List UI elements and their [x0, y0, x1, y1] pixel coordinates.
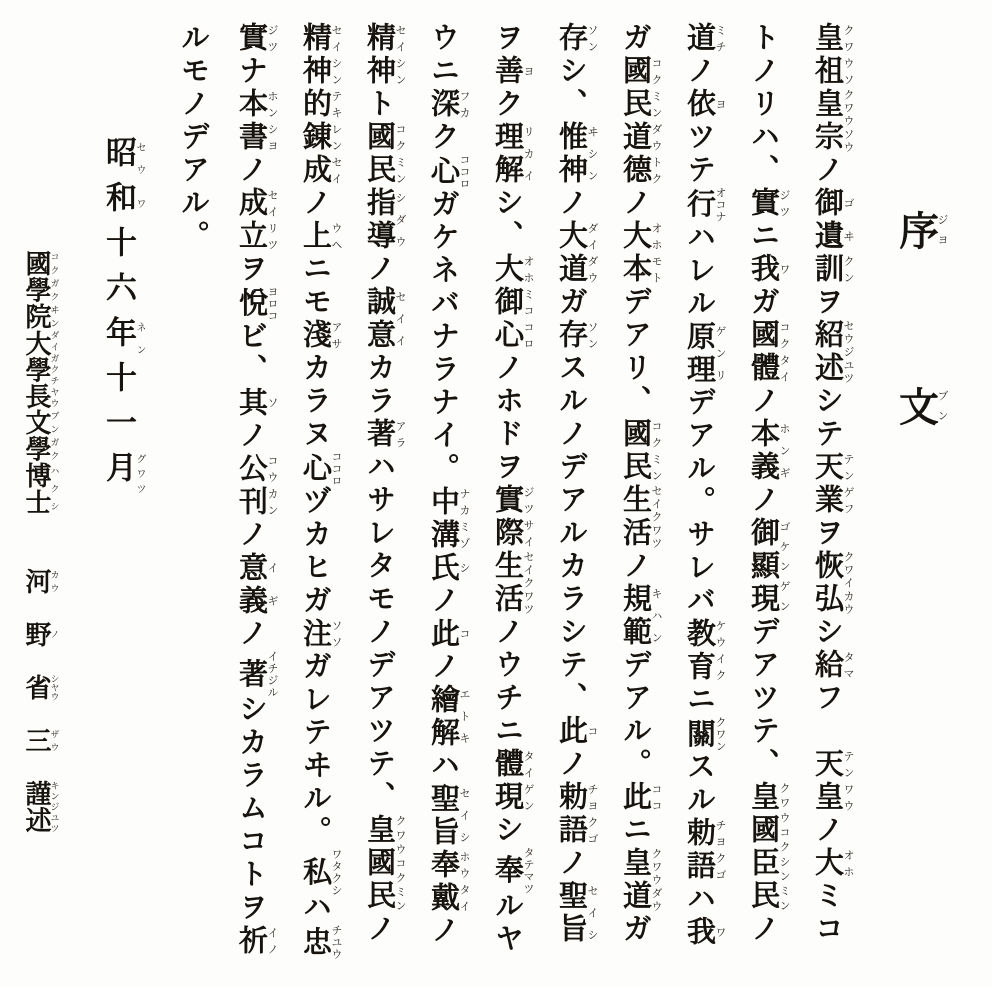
text-segment: 意義イギ [235, 552, 267, 618]
text-segment: ハサレタモノデアツテ、 [363, 451, 395, 814]
furigana: ワ [134, 181, 145, 226]
text-segment: 道ミチ [683, 22, 715, 55]
text-segment: 謹述キンジユツ [22, 780, 51, 833]
text-segment: ハ [299, 892, 331, 925]
text-segment: 三ザウ [22, 727, 51, 754]
text-segment: ガレテヰル。 [299, 651, 331, 849]
text-segment: 存ソン [555, 319, 587, 352]
furigana: ソン [586, 319, 598, 352]
text-segment: 存ソン [555, 22, 587, 55]
furigana: ネン [134, 316, 145, 361]
furigana: コクミン [650, 55, 662, 121]
furigana: ゴ [842, 187, 854, 220]
text-segment: 訓クン [811, 253, 843, 286]
furigana: オホ [842, 847, 854, 880]
text-segment: 野ノ [22, 621, 51, 648]
text-segment: 忠チユウ [299, 925, 331, 961]
furigana: リカイ [522, 121, 534, 187]
furigana: タイゲン [522, 748, 534, 814]
furigana: ウヘ [330, 220, 342, 253]
text-segment: 悅ヨロコ [235, 286, 267, 321]
furigana: ワ [714, 916, 726, 949]
text-segment: ノ [235, 420, 267, 453]
text-segment: 注ソソ [299, 618, 331, 651]
text-segment: 御ゴ [811, 187, 843, 220]
text-segment: 私ワタクシ [299, 849, 331, 892]
text-segment: 紹述セウジユツ [811, 319, 843, 385]
text-segment: シ [491, 814, 523, 847]
text-segment: 著イチジル [235, 651, 267, 694]
furigana: ジツ [778, 187, 790, 220]
text-segment: ノ [555, 748, 587, 781]
furigana: グワツ [134, 451, 145, 496]
furigana: ダウトク [650, 121, 662, 187]
text-segment: 我ワ [683, 916, 715, 949]
text-segment: ノ [555, 847, 587, 880]
text-segment: 祈イノ [235, 925, 267, 958]
text-segment: 善ヨ [491, 55, 523, 88]
text-segment: ウニ [427, 22, 459, 88]
text-segment: 河カウ [22, 568, 51, 595]
page-title: 序ジヨ文ブン [888, 210, 949, 426]
text-segment: ノ [363, 913, 395, 946]
text-segment: 此ココ [619, 781, 651, 814]
text-segment: 天テン [811, 451, 843, 484]
text-segment: 氏シ [427, 552, 459, 585]
text-segment: デアル。 [619, 649, 651, 781]
furigana: ホンギ [778, 418, 790, 484]
furigana: テン [842, 451, 854, 484]
text-segment: シ、 [555, 55, 587, 121]
furigana: タテマツ [522, 847, 534, 895]
furigana: イノ [266, 925, 278, 958]
furigana: キンジユツ [50, 780, 60, 833]
text-segment: 原理ゲンリ [683, 321, 715, 387]
text-column: 存ソンシ、惟神ヰシンノ大道ダイダウガ存ソンスルノデアルカラシテ、此コノ勅語チヨク… [556, 22, 598, 972]
furigana: クワイカウ [842, 550, 854, 616]
text-segment: デアル。 [683, 387, 715, 519]
text-segment: ノ [299, 187, 331, 220]
text-segment: 道德ダウトク [619, 121, 651, 187]
text-segment: シカラムコトヲ [235, 694, 267, 925]
signature-line: 國學院コクガクヰン大學長ダイガクチヤウ文學ブンガク博士ハクシ 河カウ 野ノ 省シ… [18, 250, 60, 980]
text-segment: フ [811, 682, 843, 715]
text-segment: ニ [619, 814, 651, 847]
furigana: ハクシ [50, 462, 60, 515]
text-segment: ノ [811, 154, 843, 187]
text-segment: ハ [427, 750, 459, 783]
text-segment: ノ [683, 55, 715, 88]
furigana: ココロ [330, 451, 342, 487]
text-segment: 皇道クワウダウ [619, 847, 651, 913]
text-segment: 惟神ヰシン [555, 121, 587, 187]
text-segment: サレバ [683, 519, 715, 618]
furigana: テキ [330, 88, 342, 121]
text-segment: ノ [235, 618, 267, 651]
furigana: ナカミゾ [458, 486, 470, 552]
text-segment: シ [811, 616, 843, 649]
text-segment: 省シヤウ [22, 674, 51, 701]
furigana: ホウタイ [458, 849, 470, 915]
text-segment: ノ [427, 585, 459, 618]
furigana: ソン [586, 22, 598, 55]
text-segment: ガ [747, 286, 779, 319]
text-segment: ノ [555, 187, 587, 220]
text-segment: ノ [811, 814, 843, 847]
text-segment: ノ [747, 484, 779, 517]
text-segment: ニ [747, 220, 779, 253]
text-segment: 國民コクミン [619, 55, 651, 121]
furigana: キハン [650, 583, 662, 649]
furigana: セイクワツ [522, 550, 534, 616]
text-segment: 勅語チヨクゴ [555, 781, 587, 847]
text-segment: 精神セイシン [363, 22, 395, 88]
text-segment [22, 515, 51, 568]
text-segment: ヲ [811, 517, 843, 550]
text-segment: ヲ [491, 22, 523, 55]
text-segment: 淺アサ [299, 319, 331, 352]
furigana: ジツサイ [522, 484, 534, 550]
text-segment: ガ [555, 286, 587, 319]
text-segment: ク [427, 121, 459, 154]
text-segment: ヲ [235, 253, 267, 286]
furigana: クワウソウ [842, 88, 854, 154]
furigana: レンセイ [330, 121, 342, 187]
furigana: ソ [266, 387, 278, 420]
text-segment: 大道ダイダウ [555, 220, 587, 286]
furigana: フカ [458, 88, 470, 121]
text-segment: 理解リカイ [491, 121, 523, 187]
text-segment: 教育ケウイク [683, 618, 715, 684]
furigana: オコナ [714, 187, 726, 223]
date-line: 昭セウ和ワ十六年ネン十一月グワツ [96, 136, 145, 556]
text-segment: 生活セイクワツ [491, 550, 523, 616]
text-segment: 業ゲフ [811, 484, 843, 517]
text-segment: 博士ハクシ [22, 462, 51, 515]
text-segment: 奉戴ホウタイ [427, 849, 459, 915]
furigana: セイクワツ [650, 484, 662, 550]
body-text: 皇祖クワウソ皇宗クワウソウノ御ゴ遺ヰ訓クンヲ紹述セウジユツシテ天テン業ゲフヲ恢弘… [150, 22, 854, 972]
furigana: ジヨ [936, 210, 948, 250]
text-segment: 勅語チヨクゴ [683, 817, 715, 883]
text-segment: 實際ジツサイ [491, 484, 523, 550]
furigana: クワン [714, 717, 726, 753]
text-segment: デアツテ、 [747, 616, 779, 781]
text-segment: ノ [747, 913, 779, 946]
text-segment: 中溝ナカミゾ [427, 486, 459, 552]
text-segment: 大學長ダイガクチヤウ [22, 330, 51, 410]
text-segment: 大御心オホミココロ [491, 253, 523, 352]
text-segment: 我ワ [747, 253, 779, 286]
furigana: セイリツ [266, 187, 278, 253]
text-segment: シテ [811, 385, 843, 451]
text-segment: ノ [619, 187, 651, 220]
text-segment: 大オホ [811, 847, 843, 880]
text-segment: デアリ、 [619, 286, 651, 418]
text-column: 精神セイシン的テキ錬成レンセイノ上ウヘニモ淺アサカラヌ心ココロヅカヒガ注ソソガレ… [300, 22, 342, 972]
text-segment: ナ [235, 55, 267, 88]
text-segment: 此コ [555, 715, 587, 748]
text-segment: ハレル [683, 222, 715, 321]
text-segment: 國體コクタイ [747, 319, 779, 385]
text-segment: 精神セイシン [299, 22, 331, 88]
text-segment: トノリハ、 [747, 22, 779, 187]
furigana: チヨクゴ [586, 781, 598, 847]
text-segment: ガケネバナラナイ。 [427, 189, 459, 486]
text-segment: ノ [427, 651, 459, 684]
furigana: クン [842, 253, 854, 286]
text-segment: ク [491, 88, 523, 121]
text-segment: 公刊コウカン [235, 453, 267, 519]
furigana: エトキ [458, 684, 470, 750]
text-segment: ノ [747, 385, 779, 418]
furigana: セイイ [394, 286, 406, 352]
furigana: セイシ [586, 880, 598, 946]
text-column: ウニ深フカク心ココロガケネバナラナイ。中溝ナカミゾ氏シノ此コノ繪解エトキハ聖旨セ… [428, 22, 470, 972]
furigana: アサ [330, 319, 342, 352]
furigana: セイシン [394, 22, 406, 88]
furigana: ノ [50, 621, 60, 648]
furigana: ダイガクチヤウ [50, 330, 60, 410]
text-segment: 實ジツ [235, 22, 267, 55]
text-segment: 御顯現ゴケンゲン [747, 517, 779, 616]
text-segment: 體現タイゲン [491, 748, 523, 814]
text-segment: 規範キハン [619, 583, 651, 649]
text-segment: 本義ホンギ [747, 418, 779, 484]
furigana: テンワウ [842, 748, 854, 814]
furigana: ダイダウ [586, 220, 598, 286]
scanned-preface-page: 序ジヨ文ブン 皇祖クワウソ皇宗クワウソウノ御ゴ遺ヰ訓クンヲ紹述セウジユツシテ天テ… [0, 0, 992, 986]
text-segment: 序ジヨ [894, 210, 939, 250]
furigana: オホミココロ [522, 253, 534, 352]
text-segment: 十一 [101, 361, 136, 451]
furigana: シ [458, 552, 470, 585]
furigana: ゴケンゲン [778, 517, 790, 616]
furigana: ヨ [714, 88, 726, 121]
text-segment: 給タマ [811, 649, 843, 682]
furigana: シダウ [394, 187, 406, 253]
text-segment [811, 715, 843, 748]
text-segment: ミコ [811, 880, 843, 946]
text-segment: 國民コクミン [619, 418, 651, 484]
furigana: セウジユツ [842, 319, 854, 385]
text-segment: ノ [363, 253, 395, 286]
text-column: 精神セイシント國民コクミン指導シダウノ誠意セイイカラ著アラハサレタモノデアツテ、… [364, 22, 406, 972]
text-segment: 皇宗クワウソウ [811, 88, 843, 154]
text-segment: 的テキ [299, 88, 331, 121]
furigana: オホモト [650, 220, 662, 286]
text-segment: 十六 [101, 226, 136, 316]
text-segment: ノホドヲ [491, 352, 523, 484]
text-segment: ハ [683, 883, 715, 916]
furigana: シヤウ [50, 674, 60, 701]
furigana: ワタクシ [330, 849, 342, 897]
text-segment: 年ネン [101, 316, 136, 361]
furigana: コウカン [266, 453, 278, 519]
text-segment: ビ、 [235, 321, 267, 387]
furigana: クワウソ [842, 22, 854, 88]
text-segment [22, 701, 51, 728]
furigana: セイシ [458, 783, 470, 849]
furigana: コクミン [650, 418, 662, 484]
text-column: ガ國民コクミン道德ダウトクノ大本オホモトデアリ、國民コクミン生活セイクワツノ規範… [620, 22, 662, 972]
furigana: コ [458, 618, 470, 651]
text-segment: 依ヨ [683, 88, 715, 121]
text-segment: シ、 [491, 187, 523, 253]
furigana: クワウコクミン [394, 814, 406, 913]
furigana: コクガクヰン [50, 250, 60, 330]
text-segment [22, 754, 51, 781]
text-segment: 大本オホモト [619, 220, 651, 286]
text-segment [22, 648, 51, 675]
text-segment: カラ [363, 352, 395, 418]
text-column: ヲ善ヨク理解リカイシ、大御心オホミココロノホドヲ實際ジツサイ生活セイクワツノウチ… [492, 22, 534, 972]
text-segment: 關クワン [683, 717, 715, 752]
text-segment: 昭セウ [101, 136, 136, 181]
furigana: コ [586, 715, 598, 748]
text-segment: 錬成レンセイ [299, 121, 331, 187]
text-segment: 文ブン [894, 386, 939, 426]
furigana: ワ [778, 253, 790, 286]
text-segment: 指導シダウ [363, 187, 395, 253]
text-segment: 天皇テンワウ [811, 748, 843, 814]
furigana: ゲンリ [714, 321, 726, 387]
text-segment: ガ [619, 22, 651, 55]
text-segment: 深フカ [427, 88, 459, 121]
furigana: ヨ [522, 55, 534, 88]
furigana: ブンガク [50, 409, 60, 462]
text-segment: 國學院コクガクヰン [22, 250, 51, 330]
text-segment: ヲ [811, 286, 843, 319]
furigana: ザウ [50, 727, 60, 754]
text-segment: 成立セイリツ [235, 187, 267, 253]
text-segment: 皇祖クワウソ [811, 22, 843, 88]
furigana: ソソ [330, 618, 342, 651]
text-segment: 皇國民クワウコクミン [363, 814, 395, 913]
text-segment: 聖旨セイシ [427, 783, 459, 849]
text-segment: 國民コクミン [363, 121, 395, 187]
text-segment: 心ココロ [427, 154, 459, 189]
furigana: クワウコクシンミン [778, 781, 790, 913]
text-segment: 文學ブンガク [22, 409, 51, 462]
text-segment: スルノデアルカラシテ、 [555, 352, 587, 715]
furigana: ヰシン [586, 121, 598, 187]
furigana: ゲフ [842, 484, 854, 517]
text-segment: カラヌ [299, 352, 331, 451]
furigana: ミチ [714, 22, 726, 55]
text-segment: ヅカヒガ [299, 486, 331, 618]
text-segment: ニ [683, 684, 715, 717]
text-segment: ト [363, 88, 395, 121]
text-segment: 奉タテマツ [491, 847, 523, 890]
text-segment: スル [683, 751, 715, 817]
text-segment: 聖旨セイシ [555, 880, 587, 946]
text-column: 道ミチノ依ヨツテ行オコナハレル原理ゲンリデアル。サレバ教育ケウイクニ關クワンスル… [684, 22, 726, 972]
text-segment: 和ワ [101, 181, 136, 226]
furigana: クワウダウ [650, 847, 662, 913]
text-column: ルモノデアル。 [172, 22, 214, 972]
furigana: タマ [842, 649, 854, 682]
furigana: ココロ [458, 154, 470, 190]
text-segment: 月グワツ [101, 451, 136, 496]
text-column: 皇祖クワウソ皇宗クワウソウノ御ゴ遺ヰ訓クンヲ紹述セウジユツシテ天テン業ゲフヲ恢弘… [812, 22, 854, 972]
text-segment: ノ [619, 550, 651, 583]
furigana: カウ [50, 568, 60, 595]
text-segment: ノウチニ [491, 616, 523, 748]
furigana: コクタイ [778, 319, 790, 385]
furigana: イギ [266, 552, 278, 618]
text-segment: 皇國臣民クワウコクシンミン [747, 781, 779, 913]
text-segment: 遺ヰ [811, 220, 843, 253]
text-segment: 誠意セイイ [363, 286, 395, 352]
text-segment: 著アラ [363, 418, 395, 451]
furigana: ホンシヨ [266, 88, 278, 154]
text-column: トノリハ、實ジツニ我ワガ國體コクタイノ本義ホンギノ御顯現ゴケンゲンデアツテ、皇國… [748, 22, 790, 972]
furigana: ブン [936, 386, 948, 426]
text-segment: ルモノデアル。 [177, 22, 209, 253]
text-segment: 其ソ [235, 387, 267, 420]
text-column: 實ジツナ本書ホンシヨノ成立セイリツヲ悅ヨロコビ、其ソノ公刊コウカンノ意義イギノ著… [236, 22, 278, 972]
text-segment: ガ [619, 913, 651, 946]
text-segment: 本書ホンシヨ [235, 88, 267, 154]
furigana: ジツ [266, 22, 278, 55]
text-segment: 心ココロ [299, 451, 331, 486]
furigana: チユウ [330, 925, 342, 961]
furigana: ヰ [842, 220, 854, 253]
furigana: セウ [134, 136, 145, 181]
furigana: チヨクゴ [714, 817, 726, 883]
text-segment: ルヤ [491, 890, 523, 956]
furigana: コクミン [394, 121, 406, 187]
text-segment: ツテ [683, 121, 715, 187]
text-segment [22, 595, 51, 622]
furigana: セイシン [330, 22, 342, 88]
furigana: ケウイク [714, 618, 726, 684]
text-segment: ノ [427, 915, 459, 948]
text-segment: 行オコナ [683, 187, 715, 222]
furigana: イチジル [266, 651, 278, 699]
text-segment: ノ [235, 154, 267, 187]
text-segment: 恢弘クワイカウ [811, 550, 843, 616]
text-segment: 實ジツ [747, 187, 779, 220]
furigana: ココ [650, 781, 662, 814]
text-segment: 此コ [427, 618, 459, 651]
furigana: アラ [394, 418, 406, 451]
text-segment: 上ウヘ [299, 220, 331, 253]
text-segment: ノ [235, 519, 267, 552]
text-segment: ニモ [299, 253, 331, 319]
text-segment: 繪解エトキ [427, 684, 459, 750]
furigana: ヨロコ [266, 286, 278, 322]
text-segment: 生活セイクワツ [619, 484, 651, 550]
